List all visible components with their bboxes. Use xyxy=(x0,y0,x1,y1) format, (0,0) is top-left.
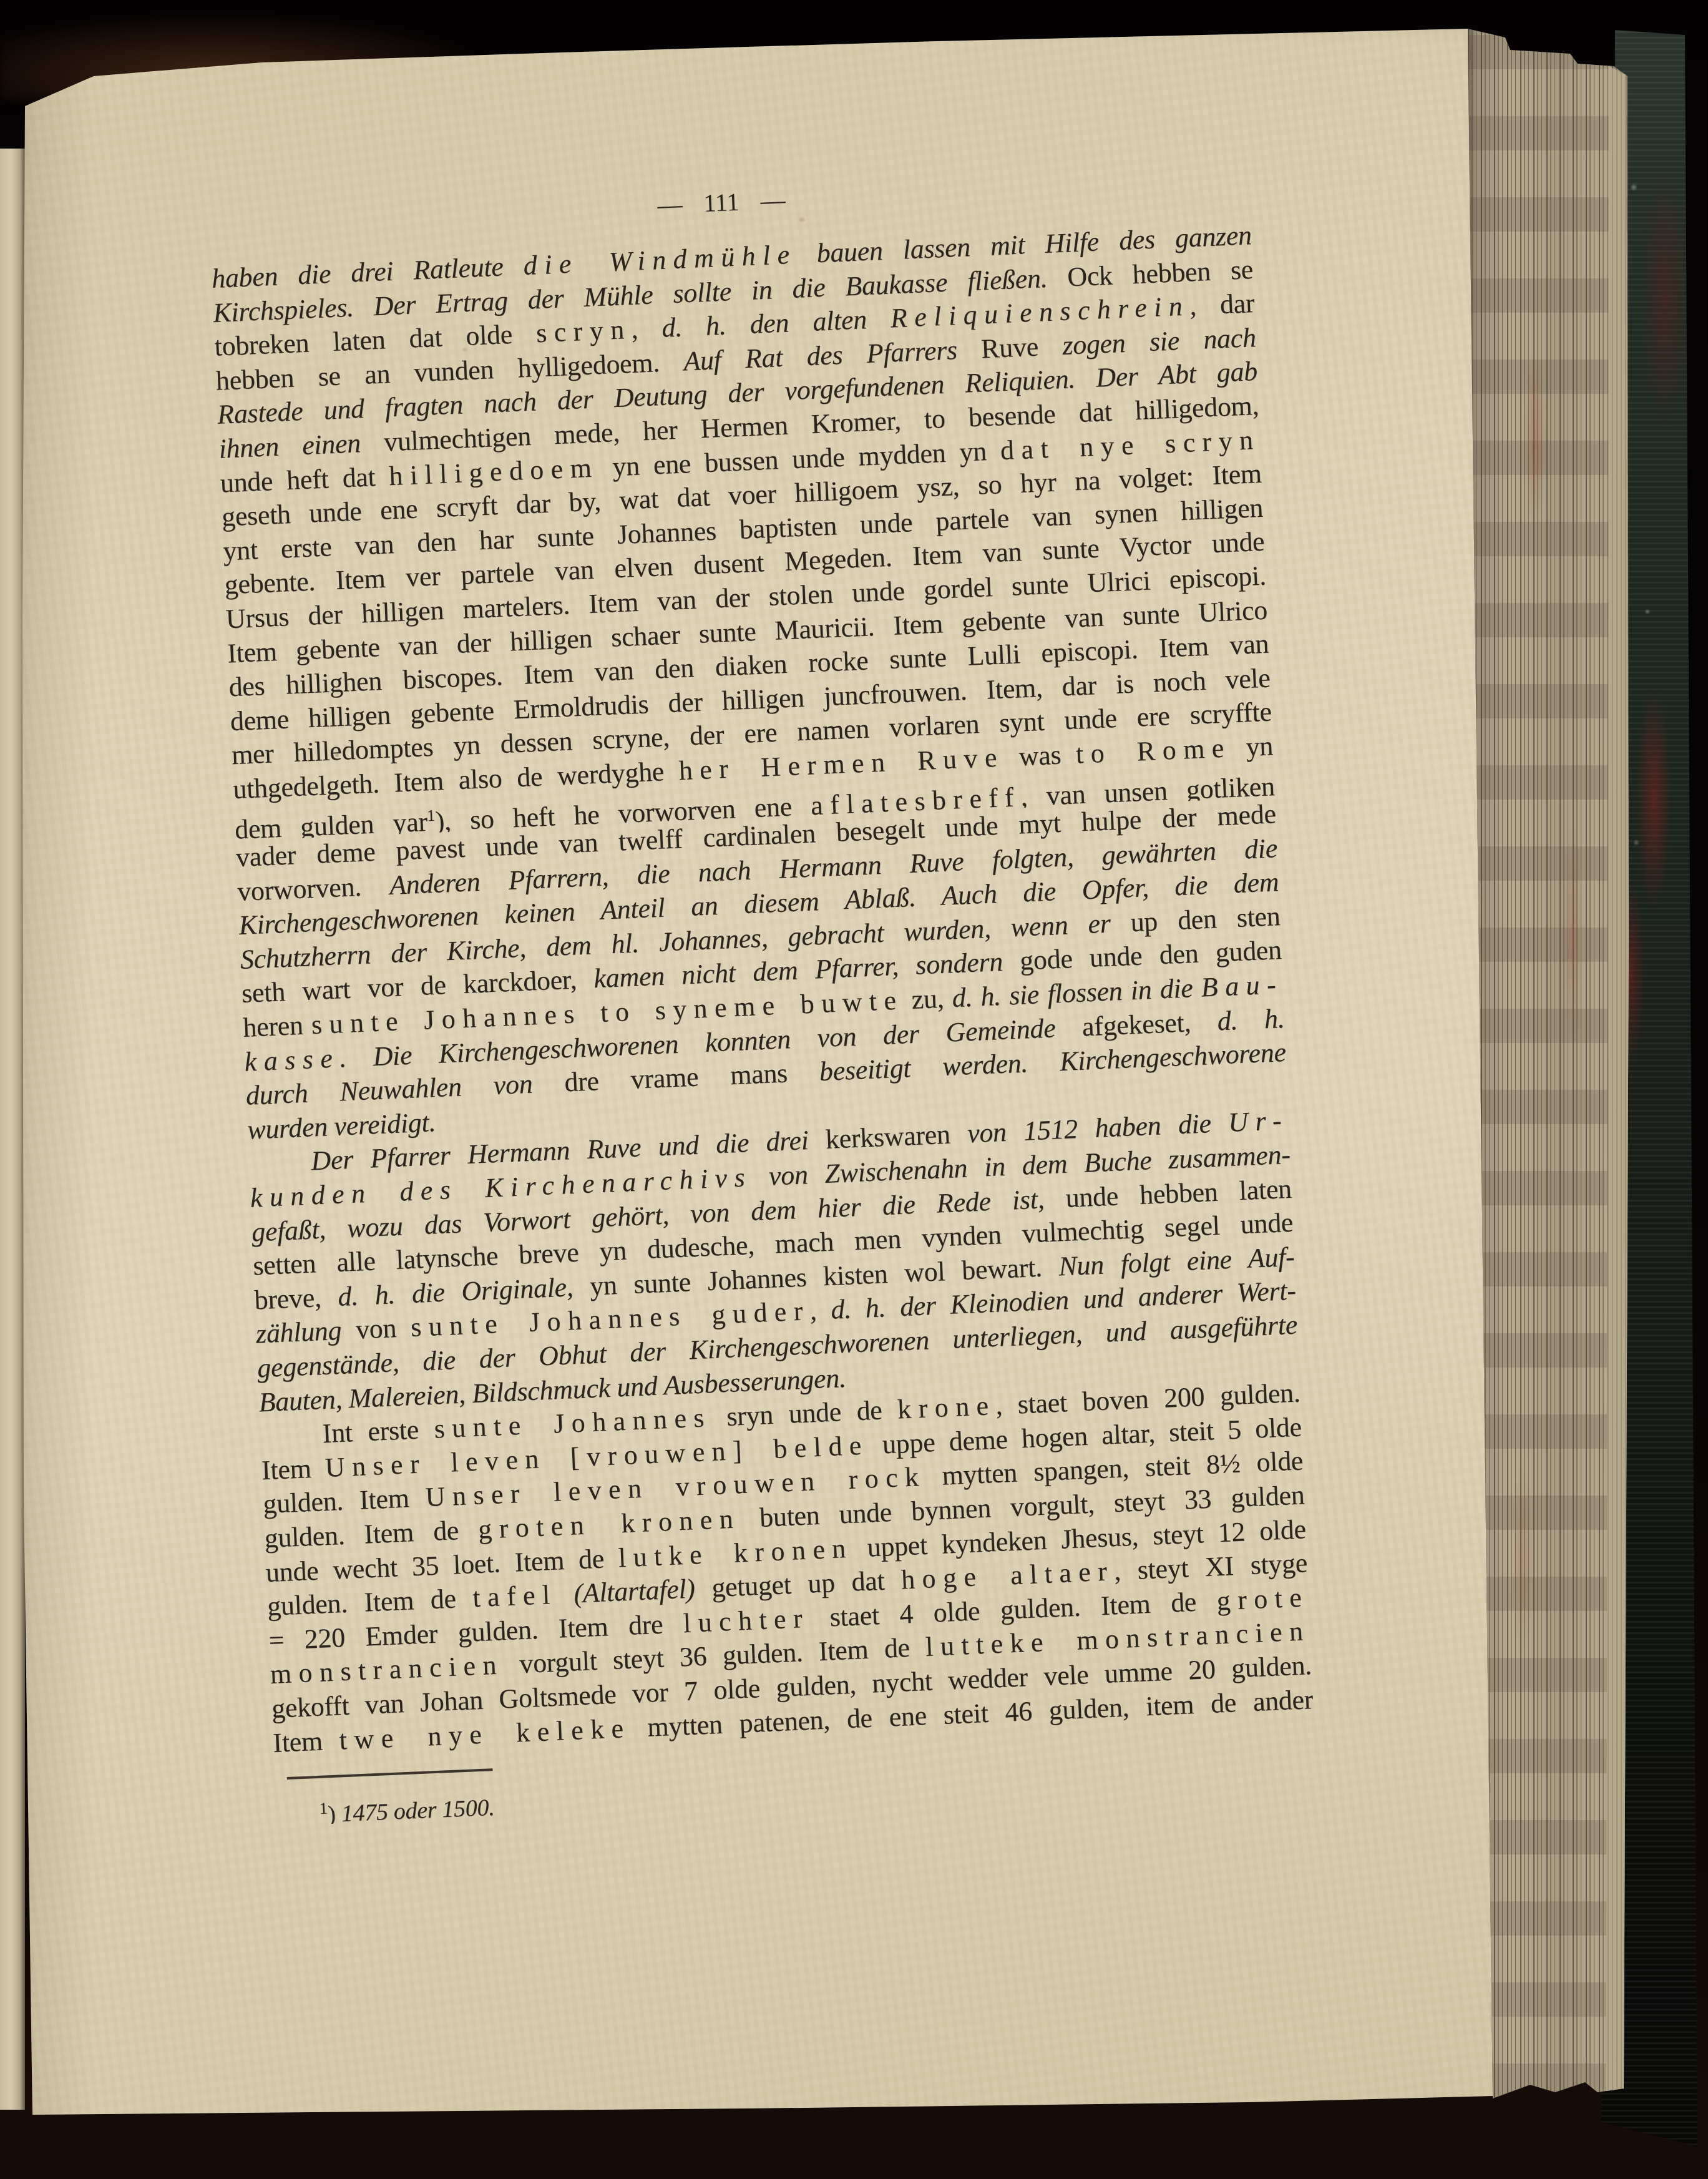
footnote-rule xyxy=(287,1768,493,1780)
book-scan-scene: { "page_header": { "left_dash": "—", "nu… xyxy=(0,0,1708,2179)
facing-page-sliver xyxy=(0,149,25,2110)
page-number-dash-left: — xyxy=(656,189,683,220)
text-line: 1) 1475 oder 1500. xyxy=(275,1751,1317,1826)
page-number-dash-right: — xyxy=(759,185,786,215)
text-column: haben die drei Ratleute die Windmühle ba… xyxy=(211,218,1317,1826)
footnote: 1) 1475 oder 1500. xyxy=(275,1751,1317,1826)
page-number: — 111 — xyxy=(643,185,800,220)
text-block: haben die drei Ratleute die Windmühle ba… xyxy=(211,218,1314,1760)
book-page: — 111 — haben die drei Ratleute die Wind… xyxy=(0,0,1708,2179)
page-number-value: 111 xyxy=(703,187,739,218)
